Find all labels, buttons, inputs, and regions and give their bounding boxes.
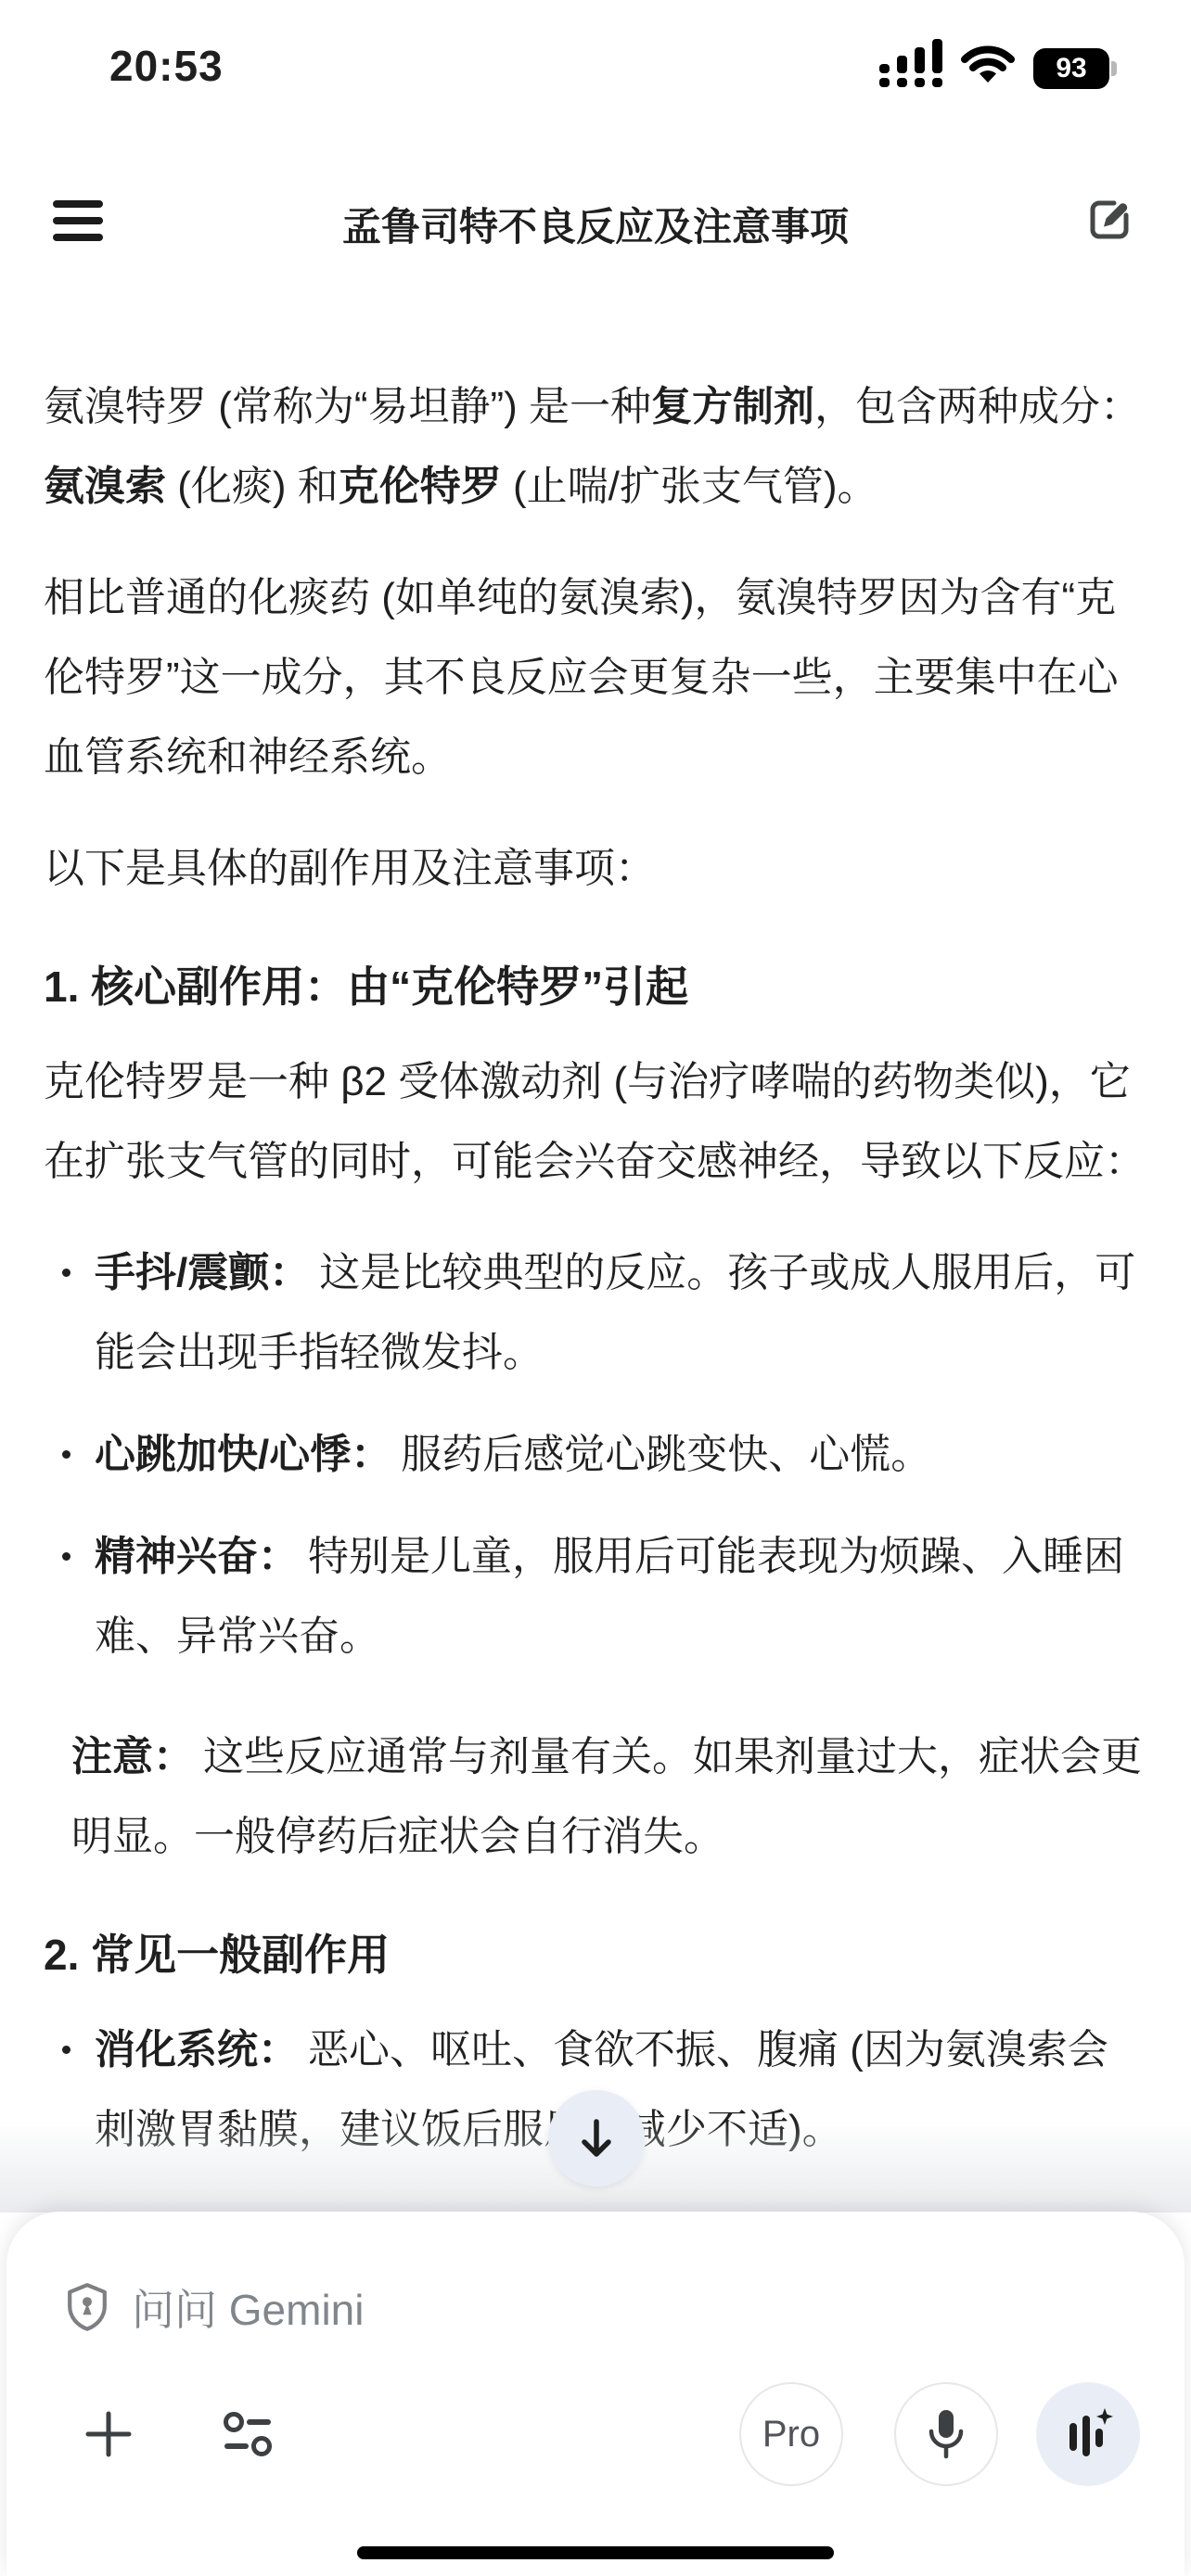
paragraph-2: 相比普通的化痰药 (如单纯的氨溴索)，氨溴特罗因为含有“克伦特罗”这一成分，其不… (44, 558, 1147, 797)
status-bar: 20:53 93 (0, 0, 1191, 102)
bullet-icon (62, 1552, 70, 1561)
list-item: 精神兴奋：特别是儿童，服用后可能表现为烦躁、入睡困难、异常兴奋。 (44, 1517, 1147, 1677)
section-2-heading: 2. 常见一般副作用 (44, 1925, 1147, 1984)
status-icons: 93 (879, 45, 1117, 87)
prompt-input[interactable]: 问问 Gemini (65, 2265, 364, 2349)
bullet-icon (62, 1450, 70, 1459)
prompt-placeholder: 问问 Gemini (132, 2276, 364, 2338)
tools-icon (222, 2412, 275, 2456)
wifi-icon (961, 45, 1015, 87)
scroll-to-bottom-button[interactable] (548, 2090, 645, 2187)
input-toolbar: Pro (6, 2382, 1185, 2486)
microphone-button[interactable] (894, 2382, 998, 2486)
battery-icon: 93 (1033, 48, 1117, 89)
status-time: 20:53 (109, 41, 224, 91)
note-paragraph: 注意：这些反应通常与剂量有关。如果剂量过大，症状会更明显。一般停药后症状会自行消… (71, 1717, 1147, 1877)
new-chat-icon[interactable] (1086, 195, 1134, 245)
pro-label: Pro (762, 2414, 820, 2455)
menu-icon[interactable] (53, 200, 103, 241)
gemini-app-screen: 20:53 93 孟鲁司特不良反应及注意事项 (0, 0, 1191, 2576)
arrow-down-icon (576, 2116, 617, 2161)
voice-mode-button[interactable] (1036, 2382, 1140, 2486)
cellular-signal-icon (879, 45, 942, 87)
section-1-intro: 克伦特罗是一种 β2 受体激动剂 (与治疗哮喘的药物类似)，它在扩张支气管的同时… (44, 1042, 1147, 1202)
bullet-icon (62, 2046, 70, 2054)
paragraph-1: 氨溴特罗 (常称为“易坦静”) 是一种复方制剂，包含两种成分：氨溴索 (化痰) … (44, 367, 1147, 527)
assistant-message: 氨溴特罗 (常称为“易坦静”) 是一种复方制剂，包含两种成分：氨溴索 (化痰) … (44, 367, 1147, 2303)
add-icon (83, 2408, 134, 2460)
list-item: 手抖/震颤：这是比较典型的反应。孩子或成人服用后，可能会出现手指轻微发抖。 (44, 1233, 1147, 1393)
battery-percent: 93 (1056, 53, 1086, 84)
chat-title: 孟鲁司特不良反应及注意事项 (130, 197, 1061, 252)
section-1-heading: 1. 核心副作用：由“克伦特罗”引起 (44, 957, 1147, 1016)
app-header: 孟鲁司特不良反应及注意事项 (0, 176, 1191, 269)
pro-button[interactable]: Pro (739, 2382, 843, 2486)
paragraph-3: 以下是具体的副作用及注意事项： (44, 829, 1147, 909)
add-button[interactable] (57, 2382, 160, 2486)
section-1-list: 手抖/震颤：这是比较典型的反应。孩子或成人服用后，可能会出现手指轻微发抖。 心跳… (44, 1233, 1147, 1677)
voice-mode-icon (1062, 2406, 1114, 2462)
home-indicator[interactable] (357, 2546, 834, 2559)
microphone-icon (925, 2407, 967, 2461)
input-card: 问问 Gemini Pro (6, 2212, 1185, 2576)
tools-button[interactable] (197, 2382, 301, 2486)
privacy-shield-icon (65, 2282, 109, 2332)
bullet-icon (62, 1269, 70, 1277)
list-item: 心跳加快/心悸：服药后感觉心跳变快、心慌。 (44, 1415, 1147, 1495)
